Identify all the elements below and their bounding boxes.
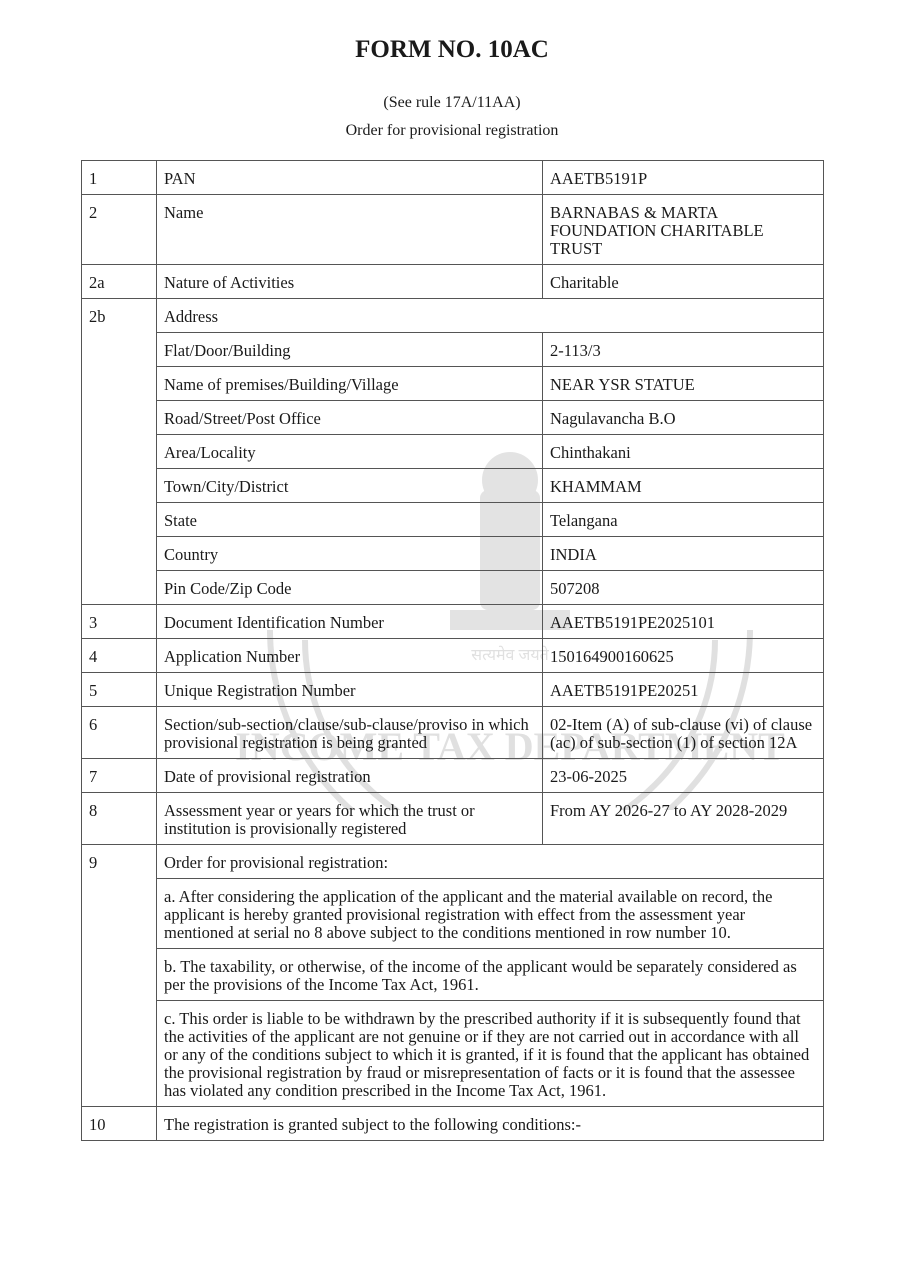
address-row: CountryINDIA — [82, 537, 824, 571]
field-label: State — [157, 503, 543, 537]
table-row-date: 7 Date of provisional registration 23-06… — [82, 759, 824, 793]
field-label: Date of provisional registration — [157, 759, 543, 793]
field-label: Section/sub-section/clause/sub-clause/pr… — [157, 707, 543, 759]
field-label: Unique Registration Number — [157, 673, 543, 707]
serial-number: 6 — [82, 707, 157, 759]
table-row-din: 3 Document Identification Number AAETB51… — [82, 605, 824, 639]
field-value: NEAR YSR STATUE — [543, 367, 824, 401]
name-value: BARNABAS & MARTA FOUNDATION CHARITABLE T… — [543, 195, 824, 265]
rule-reference: (See rule 17A/11AA) — [0, 94, 904, 112]
address-row: Area/LocalityChinthakani — [82, 435, 824, 469]
order-paragraph-b: b. The taxability, or otherwise, of the … — [157, 949, 824, 1001]
serial-number: 4 — [82, 639, 157, 673]
order-paragraph: b. The taxability, or otherwise, of the … — [82, 949, 824, 1001]
address-row: Flat/Door/Building2-113/3 — [82, 333, 824, 367]
serial-number: 10 — [82, 1107, 157, 1141]
field-value: Telangana — [543, 503, 824, 537]
urn-value: AAETB5191PE20251 — [543, 673, 824, 707]
serial-number: 5 — [82, 673, 157, 707]
field-value: 507208 — [543, 571, 824, 605]
serial-number: 3 — [82, 605, 157, 639]
serial-number: 8 — [82, 793, 157, 845]
address-row: Pin Code/Zip Code507208 — [82, 571, 824, 605]
serial-number: 9 — [82, 845, 157, 1107]
order-heading: Order for provisional registration: — [157, 845, 824, 879]
table-row-name: 2 Name BARNABAS & MARTA FOUNDATION CHARI… — [82, 195, 824, 265]
field-label: Document Identification Number — [157, 605, 543, 639]
order-paragraph: c. This order is liable to be withdrawn … — [82, 1001, 824, 1107]
serial-number: 1 — [82, 161, 157, 195]
field-label: Name — [157, 195, 543, 265]
field-label: Name of premises/Building/Village — [157, 367, 543, 401]
field-label: PAN — [157, 161, 543, 195]
field-label: Pin Code/Zip Code — [157, 571, 543, 605]
table-row-assessment-year: 8 Assessment year or years for which the… — [82, 793, 824, 845]
address-row: StateTelangana — [82, 503, 824, 537]
order-paragraph-a: a. After considering the application of … — [157, 879, 824, 949]
order-paragraph-c: c. This order is liable to be withdrawn … — [157, 1001, 824, 1107]
address-row: Name of premises/Building/VillageNEAR YS… — [82, 367, 824, 401]
field-label: Country — [157, 537, 543, 571]
table-row-conditions: 10 The registration is granted subject t… — [82, 1107, 824, 1141]
table-row-order: 9 Order for provisional registration: — [82, 845, 824, 879]
date-value: 23-06-2025 — [543, 759, 824, 793]
field-label: Town/City/District — [157, 469, 543, 503]
table-row-section: 6 Section/sub-section/clause/sub-clause/… — [82, 707, 824, 759]
field-value: KHAMMAM — [543, 469, 824, 503]
field-value: INDIA — [543, 537, 824, 571]
nature-value: Charitable — [543, 265, 824, 299]
field-label: Road/Street/Post Office — [157, 401, 543, 435]
table-row-pan: 1 PAN AAETB5191P — [82, 161, 824, 195]
assessment-year-value: From AY 2026-27 to AY 2028-2029 — [543, 793, 824, 845]
table-row-nature: 2a Nature of Activities Charitable — [82, 265, 824, 299]
section-value: 02-Item (A) of sub-clause (vi) of clause… — [543, 707, 824, 759]
field-value: Chinthakani — [543, 435, 824, 469]
field-label: Area/Locality — [157, 435, 543, 469]
pan-value: AAETB5191P — [543, 161, 824, 195]
address-heading: Address — [157, 299, 824, 333]
order-paragraph: a. After considering the application of … — [82, 879, 824, 949]
field-label: Flat/Door/Building — [157, 333, 543, 367]
serial-number: 2b — [82, 299, 157, 605]
table-row-application: 4 Application Number 150164900160625 — [82, 639, 824, 673]
din-value: AAETB5191PE2025101 — [543, 605, 824, 639]
address-row: Road/Street/Post OfficeNagulavancha B.O — [82, 401, 824, 435]
address-row: Town/City/DistrictKHAMMAM — [82, 469, 824, 503]
registration-table: 1 PAN AAETB5191P 2 Name BARNABAS & MARTA… — [81, 160, 824, 1141]
form-title: FORM NO. 10AC — [0, 36, 904, 64]
form-subtitle: Order for provisional registration — [0, 122, 904, 140]
serial-number: 7 — [82, 759, 157, 793]
field-label: Assessment year or years for which the t… — [157, 793, 543, 845]
table-row-urn: 5 Unique Registration Number AAETB5191PE… — [82, 673, 824, 707]
field-label: Nature of Activities — [157, 265, 543, 299]
field-value: 2-113/3 — [543, 333, 824, 367]
serial-number: 2 — [82, 195, 157, 265]
conditions-heading: The registration is granted subject to t… — [157, 1107, 824, 1141]
application-number-value: 150164900160625 — [543, 639, 824, 673]
table-row-address: 2b Address — [82, 299, 824, 333]
serial-number: 2a — [82, 265, 157, 299]
field-label: Application Number — [157, 639, 543, 673]
field-value: Nagulavancha B.O — [543, 401, 824, 435]
